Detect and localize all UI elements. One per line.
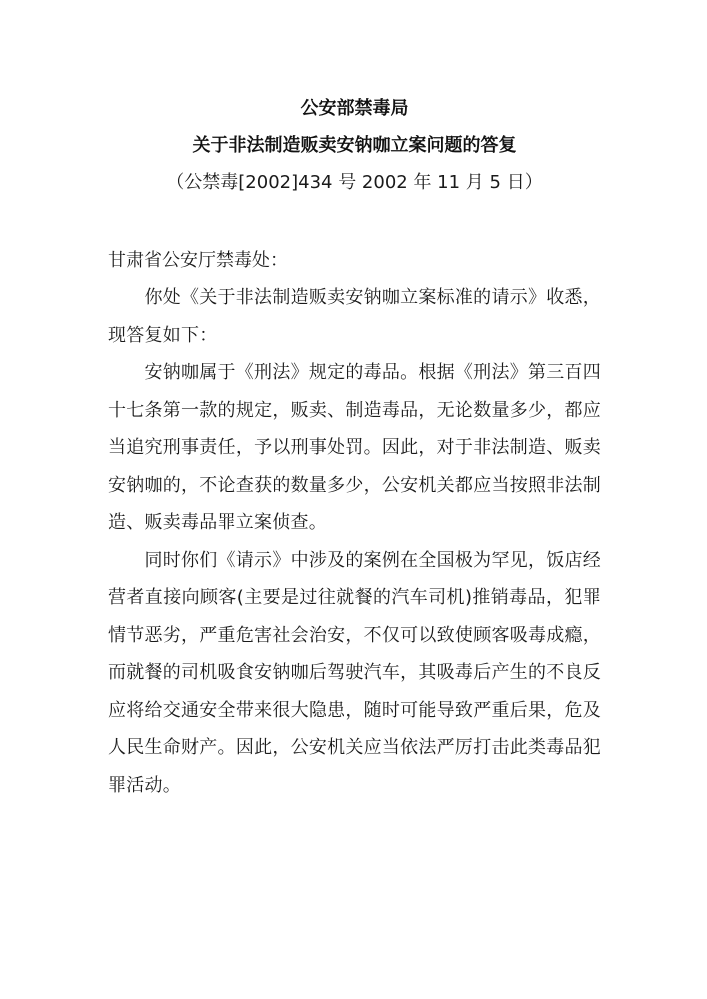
issuer-heading: 公安部禁毒局 bbox=[108, 90, 601, 127]
document-page: 公安部禁毒局 关于非法制造贩卖安钠咖立案问题的答复 （公禁毒[2002]434 … bbox=[108, 90, 601, 804]
document-reference: （公禁毒[2002]434 号 2002 年 11 月 5 日） bbox=[108, 164, 601, 201]
paragraph-enforcement: 同时你们《请示》中涉及的案例在全国极为罕见，饭店经营者直接向顾客(主要是过往就餐… bbox=[108, 542, 601, 805]
document-title: 关于非法制造贩卖安钠咖立案问题的答复 bbox=[108, 127, 601, 164]
paragraph-legal-basis: 安钠咖属于《刑法》规定的毒品。根据《刑法》第三百四十七条第一款的规定，贩卖、制造… bbox=[108, 354, 601, 542]
paragraph-acknowledgement: 你处《关于非法制造贩卖安钠咖立案标准的请示》收悉，现答复如下： bbox=[108, 279, 601, 354]
addressee: 甘肃省公安厅禁毒处： bbox=[108, 242, 601, 279]
